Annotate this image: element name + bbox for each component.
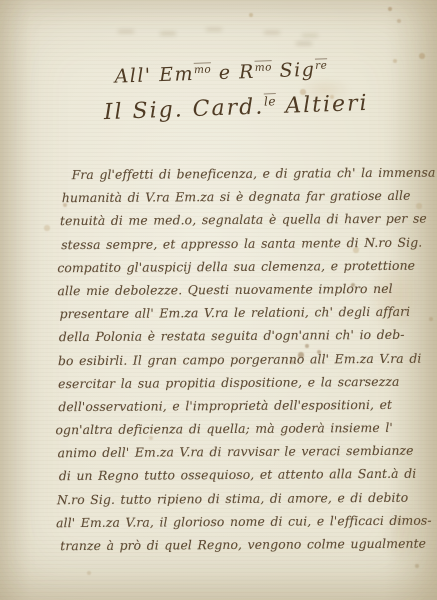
manuscript-line: di un Regno tutto ossequioso, et attento… <box>59 466 399 492</box>
addressee-text: Altieri <box>276 91 369 119</box>
letter-body: Fra gl'effetti di beneficenza, e di grat… <box>57 165 400 562</box>
manuscript-line: N.ro Sig. tutto ripieno di stima, di amo… <box>57 489 399 515</box>
salutation-text: All' Em <box>114 63 194 88</box>
manuscript-line: animo dell' Em.za V.ra di ravvisar le ve… <box>58 443 399 469</box>
manuscript-line: humanità di V.ra Em.za si è degnata far … <box>62 188 397 214</box>
salutation-line: All' Emmo e Rmo Sigre <box>114 58 328 87</box>
manuscript-line: dell'osservationi, e l'improprietà dell'… <box>58 397 398 423</box>
superscript-abbreviation: re <box>315 59 328 71</box>
salutation-text: e R <box>211 61 255 85</box>
foxing-spots <box>0 0 2 2</box>
paper-stain <box>290 72 360 108</box>
manuscript-line: compatito gl'auspicij della sua clemenza… <box>57 258 397 284</box>
manuscript-line: della Polonia è restata seguita d'ogn'an… <box>59 327 398 353</box>
manuscript-line: tenuità di me med.o, segnalata è quella … <box>60 211 397 237</box>
ink-bleed-smudge <box>118 30 134 33</box>
addressee-text: Il Sig. Card. <box>103 94 264 125</box>
superscript-abbreviation: le <box>264 94 277 108</box>
manuscript-line: bo esibirli. Il gran campo porgeranno al… <box>58 350 398 376</box>
salutation-text: Sig <box>272 59 316 82</box>
manuscript-line: alle mie debolezze. Questi nuovamente im… <box>57 281 397 307</box>
manuscript-line: ogn'altra deficienza di quella; mà goder… <box>55 420 398 446</box>
manuscript-line: presentare all' Em.za V.ra le relationi,… <box>60 304 398 330</box>
manuscript-line: stessa sempre, et appresso la santa ment… <box>61 234 397 260</box>
superscript-abbreviation: mo <box>255 61 273 74</box>
manuscript-line: tranze à prò di quel Regno, vengono colm… <box>60 536 399 562</box>
letter-heading: All' Emmo e Rmo Sigre Il Sig. Card.le Al… <box>0 0 437 8</box>
manuscript-line: esercitar la sua propitia dispositione, … <box>58 374 398 400</box>
superscript-abbreviation: mo <box>194 64 212 77</box>
addressee-line: Il Sig. Card.le Altieri <box>103 91 369 125</box>
manuscript-page: All' Emmo e Rmo Sigre Il Sig. Card.le Al… <box>0 0 437 600</box>
manuscript-line: Fra gl'effetti di beneficenza, e di grat… <box>72 165 397 190</box>
manuscript-line: all' Em.za V.ra, il glorioso nome di cui… <box>56 513 399 539</box>
